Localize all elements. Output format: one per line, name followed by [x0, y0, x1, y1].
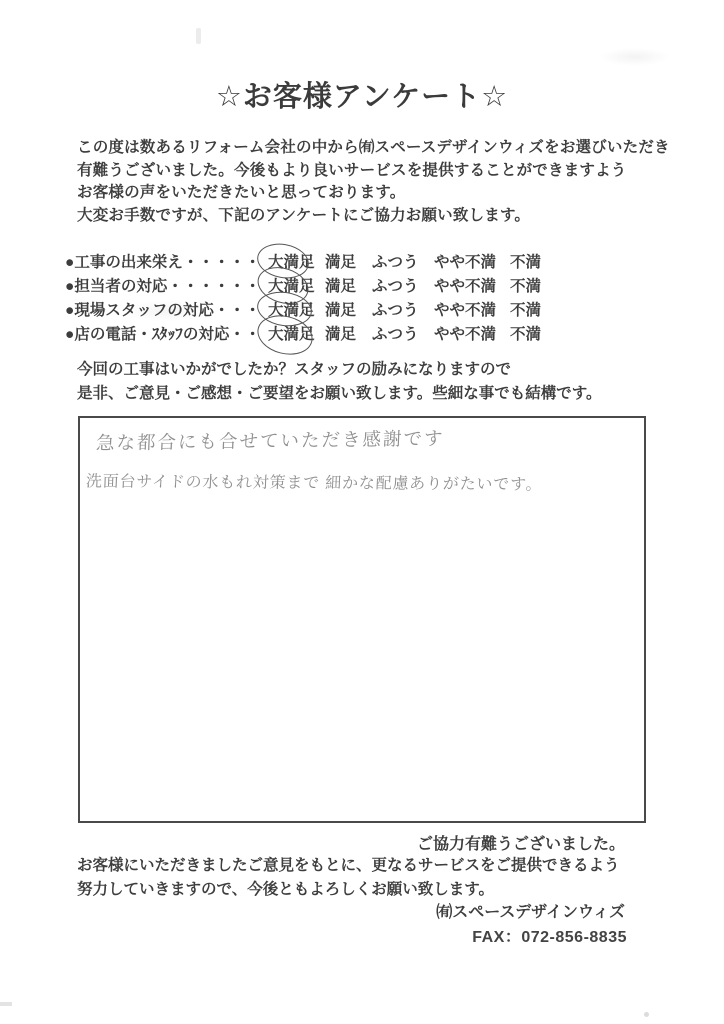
rating-option-satisfied[interactable]: 満足: [325, 275, 356, 299]
page-title: ☆お客様アンケート☆: [0, 74, 724, 115]
intro-line: 有難うございました。今後もより良いサービスを提供することができますよう: [77, 160, 670, 183]
handwritten-comment-line: 急な都合にも合せていただき感謝です: [96, 425, 445, 456]
rating-option-satisfied[interactable]: 満足: [325, 299, 356, 323]
rating-row-contact-person: ●担当者の対応・・・・・・ 大満足 満足 ふつう やや不満 不満: [0, 275, 724, 299]
closing-paragraph: お客様にいただきましたご意見をもとに、更なるサービスをご提供できるよう 努力して…: [77, 854, 620, 901]
rating-option-neutral[interactable]: ふつう: [372, 275, 419, 299]
closing-line: 努力していきますので、今後ともよろしくお願い致します。: [77, 878, 620, 902]
rating-option-somewhat-dissatisfied[interactable]: やや不満: [434, 275, 496, 299]
prompt-line: 是非、ご意見・ご感想・ご要望をお願い致します。些細な事でも結構です。: [77, 382, 602, 406]
scan-artifact: [196, 28, 201, 44]
rating-row-workmanship: ●工事の出来栄え・・・・・ 大満足 満足 ふつう やや不満 不満: [0, 251, 724, 275]
closing-line: お客様にいただきましたご意見をもとに、更なるサービスをご提供できるよう: [77, 854, 620, 878]
intro-paragraph: この度は数あるリフォーム会社の中から㈲スペースデザインウィズをお選びいただき 有…: [77, 137, 670, 227]
scan-artifact: [600, 48, 670, 66]
intro-line: 大変お手数ですが、下記のアンケートにご協力お願い致します。: [77, 205, 670, 228]
fax-number: FAX：072-856-8835: [472, 924, 627, 947]
thanks-line: ご協力有難うございました。: [417, 831, 625, 854]
comment-writein-box[interactable]: 急な都合にも合せていただき感謝です 洗面台サイドの水もれ対策まで 細かな配慮あり…: [78, 416, 646, 823]
company-name: ㈲スペースデザインウィズ: [436, 899, 625, 922]
rating-option-satisfied[interactable]: 満足: [325, 251, 356, 275]
scan-artifact: [644, 1012, 649, 1017]
rating-option-satisfied[interactable]: 満足: [325, 323, 356, 347]
intro-line: お客様の声をいただきたいと思っております。: [77, 182, 670, 205]
rating-label: ●現場スタッフの対応・・・: [65, 299, 260, 323]
rating-option-dissatisfied[interactable]: 不満: [510, 299, 541, 323]
rating-option-neutral[interactable]: ふつう: [372, 323, 419, 347]
rating-label: ●工事の出来栄え・・・・・: [65, 251, 260, 275]
rating-option-neutral[interactable]: ふつう: [372, 299, 419, 323]
rating-option-somewhat-dissatisfied[interactable]: やや不満: [434, 251, 496, 275]
feedback-prompt: 今回の工事はいかがでしたか？スタッフの励みになりますので 是非、ご意見・ご感想・…: [77, 358, 602, 406]
survey-document: ☆お客様アンケート☆ この度は数あるリフォーム会社の中から㈲スペースデザインウィ…: [0, 0, 724, 1024]
rating-label: ●店の電話・ｽﾀｯﾌの対応・・: [65, 323, 260, 347]
rating-option-somewhat-dissatisfied[interactable]: やや不満: [434, 323, 496, 347]
rating-row-site-staff: ●現場スタッフの対応・・・ 大満足 満足 ふつう やや不満 不満: [0, 299, 724, 323]
rating-label: ●担当者の対応・・・・・・: [65, 275, 260, 299]
scan-artifact: [0, 1002, 12, 1006]
rating-option-dissatisfied[interactable]: 不満: [510, 323, 541, 347]
rating-option-dissatisfied[interactable]: 不満: [510, 275, 541, 299]
intro-line: この度は数あるリフォーム会社の中から㈲スペースデザインウィズをお選びいただき: [77, 137, 670, 160]
rating-option-neutral[interactable]: ふつう: [372, 251, 419, 275]
rating-option-somewhat-dissatisfied[interactable]: やや不満: [434, 299, 496, 323]
prompt-line: 今回の工事はいかがでしたか？スタッフの励みになりますので: [77, 358, 602, 382]
rating-option-dissatisfied[interactable]: 不満: [510, 251, 541, 275]
rating-row-shop-phone-staff: ●店の電話・ｽﾀｯﾌの対応・・ 大満足 満足 ふつう やや不満 不満: [0, 323, 724, 347]
handwritten-comment-line: 洗面台サイドの水もれ対策まで 細かな配慮ありがたいです。: [86, 468, 543, 494]
